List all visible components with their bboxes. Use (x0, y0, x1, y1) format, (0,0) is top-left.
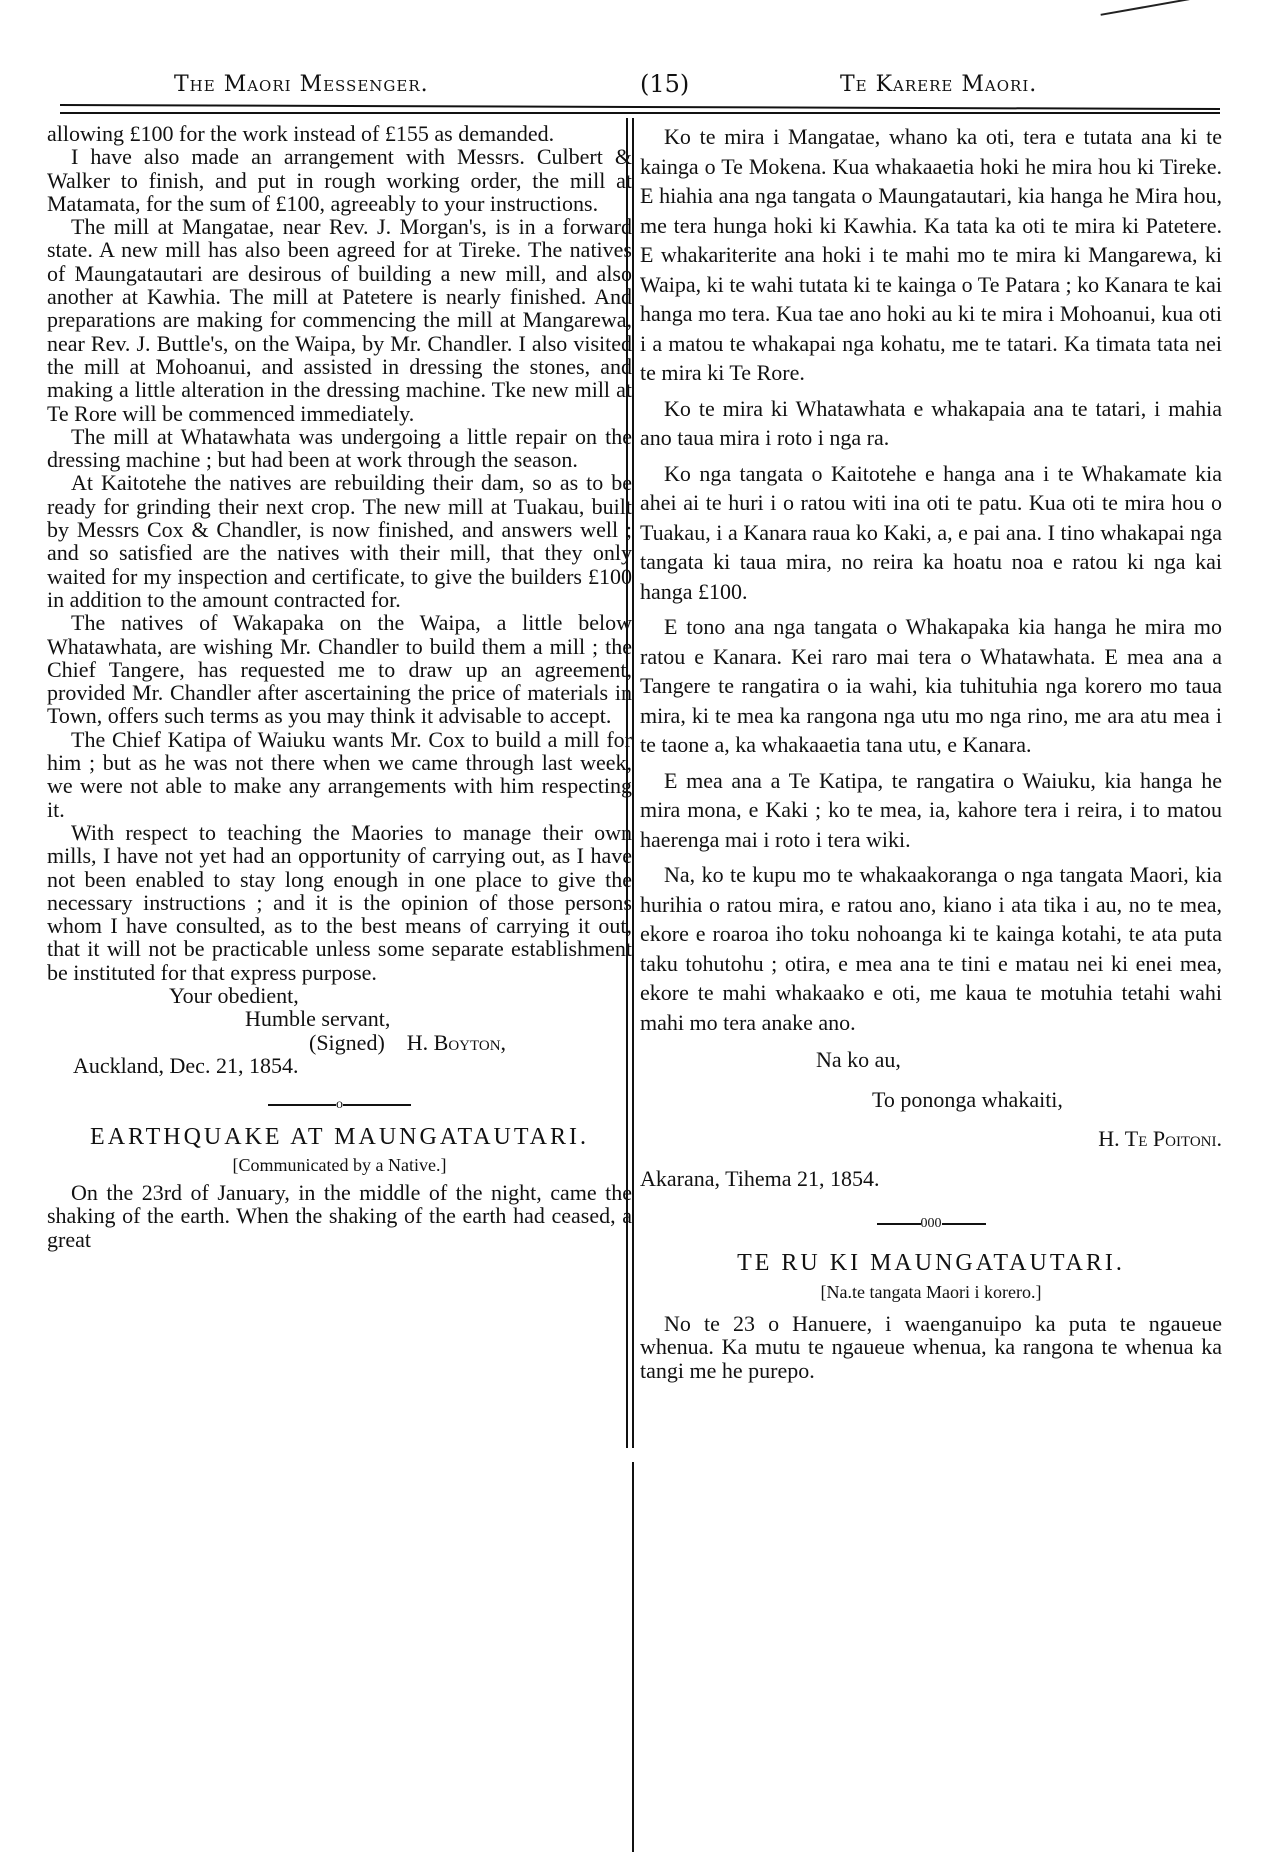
paragraph: E mea ana a Te Katipa, te rangatira o Wa… (640, 766, 1222, 855)
section-separator: o (47, 1093, 632, 1116)
paragraph: Ko te mira i Mangatae, whano ka oti, ter… (640, 122, 1222, 388)
paragraph: The mill at Mangatae, near Rev. J. Morga… (47, 215, 632, 425)
closing: Na ko au, (640, 1045, 1222, 1075)
signature: H. Boyton, (407, 1030, 506, 1055)
paragraph: Ko te mira ki Whatawhata e whakapaia ana… (640, 394, 1222, 453)
paragraph: The natives of Wakapaka on the Waipa, a … (47, 611, 632, 727)
paragraph: The mill at Whatawhata was undergoing a … (47, 425, 632, 472)
paragraph: At Kaitotehe the natives are rebuilding … (47, 471, 632, 611)
paragraph: Na, ko te kupu mo te whakaakoranga o nga… (640, 860, 1222, 1037)
paragraph: With respect to teaching the Maories to … (47, 821, 632, 984)
header-rule-bottom (60, 112, 1220, 114)
column-divider (632, 1462, 634, 1852)
paragraph: No te 23 o Hanuere, i waenganuipo ka put… (640, 1312, 1222, 1383)
column-divider (632, 118, 634, 1448)
section-subheading: [Na.te tangata Maori i korero.] (640, 1278, 1222, 1308)
closing-2: To pononga whakaiti, (640, 1085, 1222, 1115)
section-subheading: [Communicated by a Native.] (47, 1154, 632, 1177)
maori-column: Ko te mira i Mangatae, whano ka oti, ter… (640, 122, 1222, 1388)
place-date: Akarana, Tihema 21, 1854. (640, 1164, 1222, 1194)
section-headline: EARTHQUAKE AT MAUNGATAUTARI. (47, 1126, 632, 1149)
page-number: (15) (640, 70, 689, 98)
closing: Your obedient, (47, 984, 632, 1007)
english-column: allowing £100 for the work instead of £1… (47, 122, 632, 1251)
section-separator: 000 (640, 1209, 1222, 1239)
paragraph: The Chief Katipa of Waiuku wants Mr. Cox… (47, 728, 632, 821)
place-date: Auckland, Dec. 21, 1854. (47, 1054, 632, 1077)
paragraph: I have also made an arrangement with Mes… (47, 145, 632, 215)
paragraph: E tono ana nga tangata o Whakapaka kia h… (640, 612, 1222, 760)
paragraph: allowing £100 for the work instead of £1… (47, 122, 632, 145)
page-header: The Maori Messenger. (15) Te Karere Maor… (40, 64, 1220, 104)
maori-masthead: Te Karere Maori. (840, 72, 1037, 97)
signature-line: (Signed) H. Boyton, (47, 1031, 632, 1054)
signed-label: (Signed) (309, 1030, 385, 1055)
header-rule-top (60, 104, 1220, 110)
paragraph: On the 23rd of January, in the middle of… (47, 1181, 632, 1251)
closing-2: Humble servant, (47, 1007, 632, 1030)
signature: H. Te Poitoni. (640, 1124, 1222, 1154)
paragraph: Ko nga tangata o Kaitotehe e hanga ana i… (640, 459, 1222, 607)
section-headline: TE RU KI MAUNGATAUTARI. (640, 1249, 1222, 1279)
english-masthead: The Maori Messenger. (174, 72, 429, 97)
pen-mark (1101, 0, 1190, 16)
